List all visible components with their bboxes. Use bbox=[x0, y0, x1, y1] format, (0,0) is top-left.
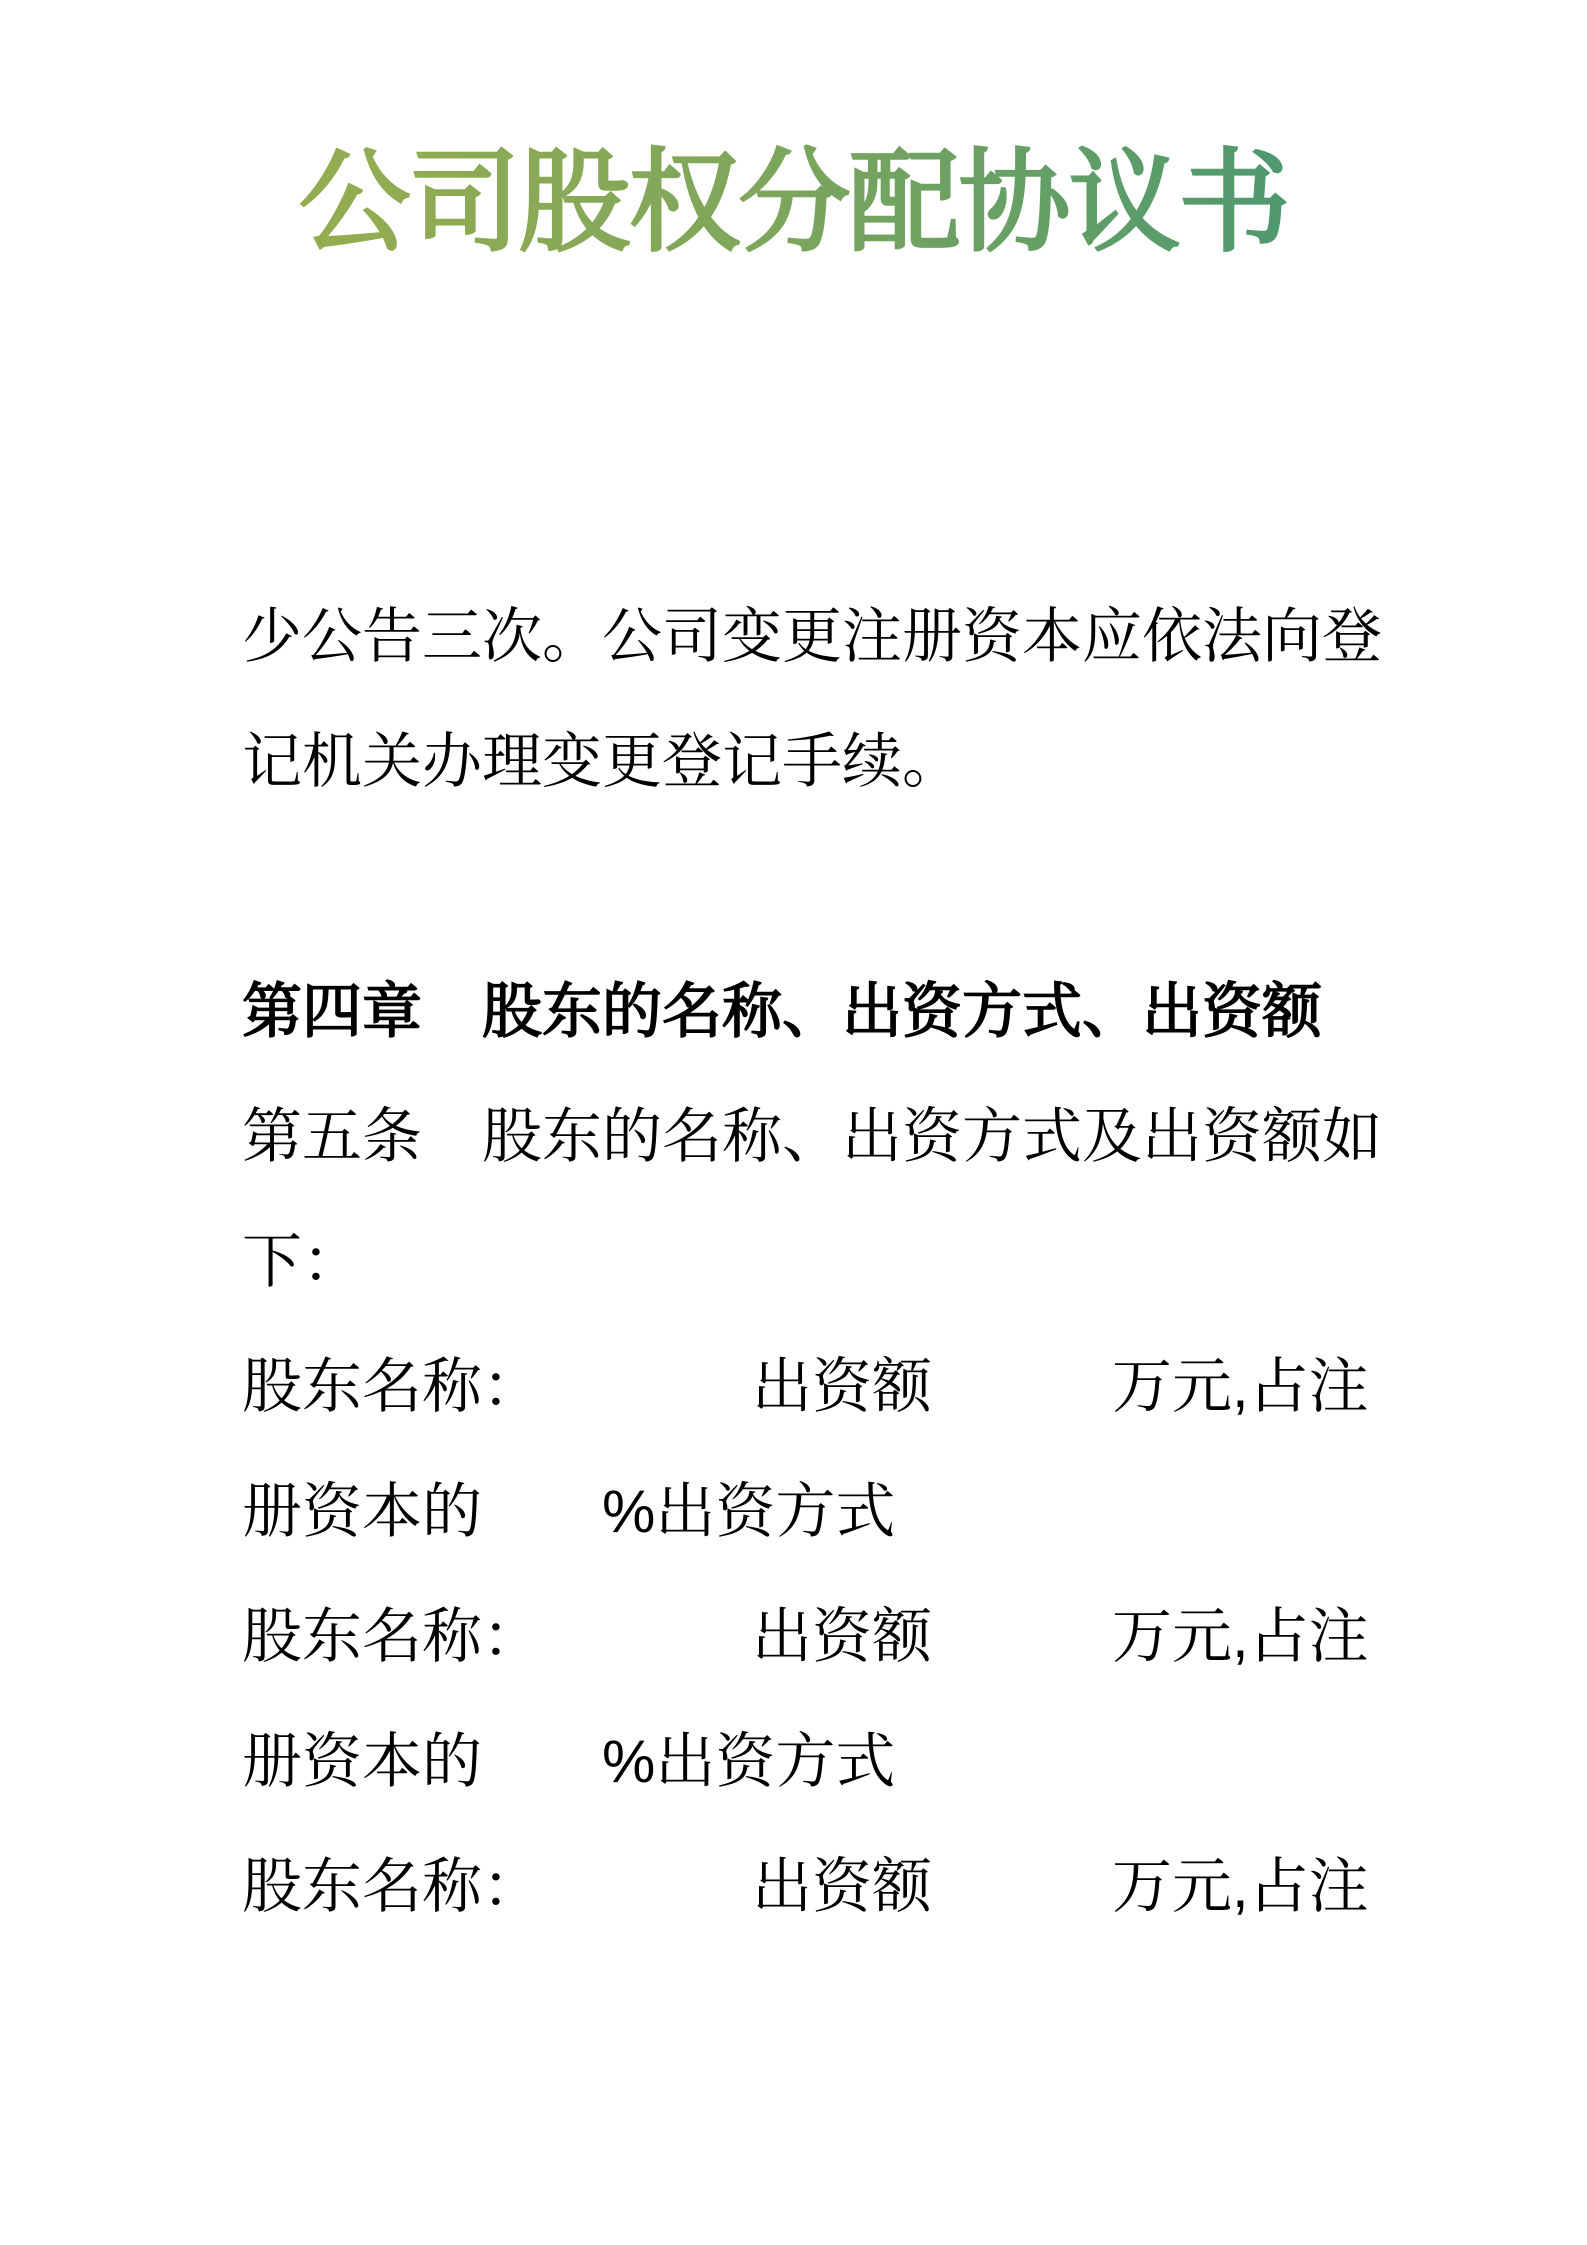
document-line: 股东名称： 出资额 万元,占注 bbox=[242, 1574, 1402, 1699]
document-page: 公司股权分配协议书 少公告三次。公司变更注册资本应依法向登记机关办理变更登记手续… bbox=[0, 0, 1587, 2245]
document-body: 少公告三次。公司变更注册资本应依法向登记机关办理变更登记手续。第四章 股东的名称… bbox=[242, 574, 1402, 1949]
document-line: 第五条 股东的名称、出资方式及出资额如 bbox=[242, 1074, 1402, 1199]
document-line bbox=[242, 824, 1402, 949]
document-line: 记机关办理变更登记手续。 bbox=[242, 699, 1402, 824]
document-line: 册资本的 %出资方式 bbox=[242, 1449, 1402, 1574]
document-line: 股东名称： 出资额 万元,占注 bbox=[242, 1824, 1402, 1949]
document-line: 股东名称： 出资额 万元,占注 bbox=[242, 1324, 1402, 1449]
document-line: 下： bbox=[242, 1199, 1402, 1324]
document-line: 第四章 股东的名称、出资方式、出资额 bbox=[242, 949, 1402, 1074]
document-title: 公司股权分配协议书 bbox=[0, 128, 1587, 278]
document-line: 册资本的 %出资方式 bbox=[242, 1699, 1402, 1824]
document-line: 少公告三次。公司变更注册资本应依法向登 bbox=[242, 574, 1402, 699]
